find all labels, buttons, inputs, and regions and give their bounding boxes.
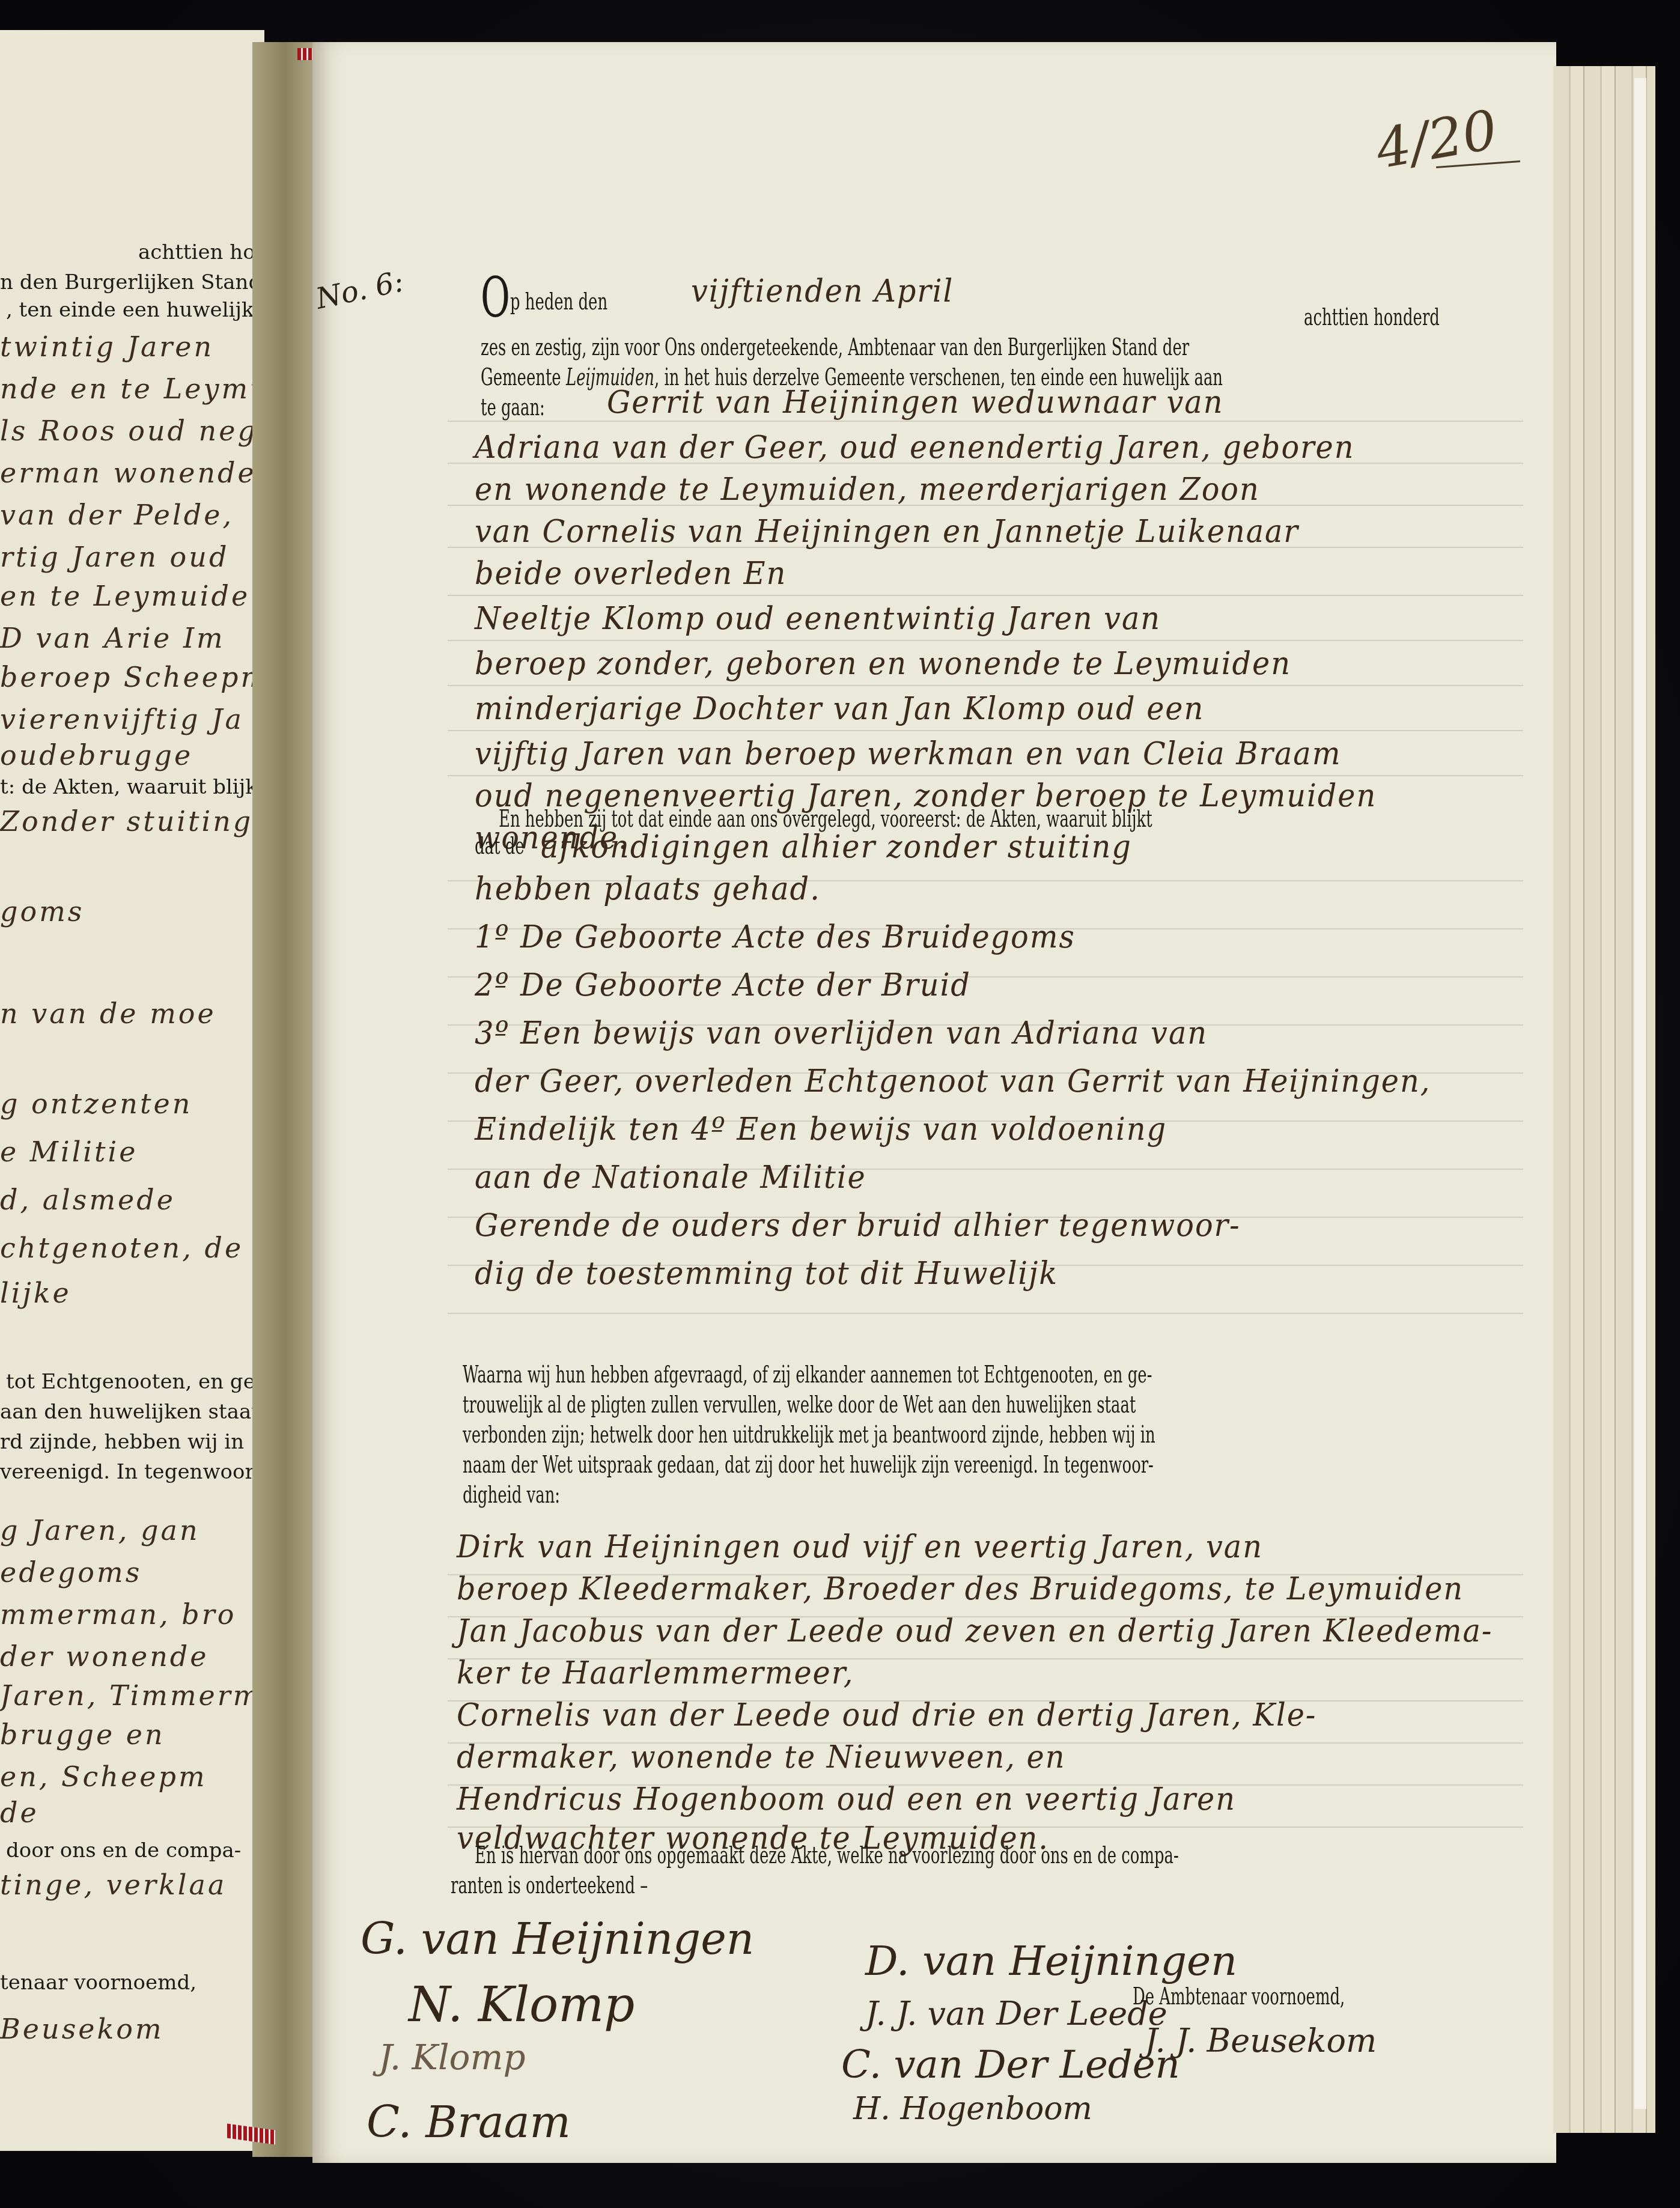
left-printed-line: tot Echtgenooten, en ge- bbox=[6, 1370, 262, 1394]
left-handwritten-line: n van de moe bbox=[0, 997, 216, 1030]
left-handwritten-line: edegoms bbox=[0, 1556, 142, 1589]
printed-text: Gemeente bbox=[481, 363, 561, 391]
signature-witness-2: J. J. van Der Leede bbox=[865, 1995, 1167, 2033]
left-printed-line: , ten einde een huwelijk aan bbox=[6, 298, 264, 322]
left-handwritten-line: en te Leymuide bbox=[0, 580, 250, 612]
witness-line: beroep Kleedermaker, Broeder des Bruideg… bbox=[457, 1571, 1464, 1607]
signature-witness-1: D. van Heijningen bbox=[865, 1938, 1237, 1985]
page-edge-highlight bbox=[1634, 78, 1646, 2109]
groom-line: Gerrit van Heijningen weduwnaar van bbox=[607, 385, 1223, 421]
left-handwritten-line: Zonder stuiting bbox=[0, 805, 253, 838]
document-item: hebben plaats gehad. bbox=[475, 871, 821, 907]
left-printed-line: door ons en de compa- bbox=[6, 1838, 241, 1863]
handwritten-akten: afkondigingen alhier zonder stuiting bbox=[541, 829, 1132, 865]
printed-line: trouwelijk al de pligten zullen vervulle… bbox=[463, 1391, 1136, 1419]
left-handwritten-line: g Jaren, gan bbox=[0, 1514, 200, 1547]
document-item: aan de Nationale Militie bbox=[475, 1160, 866, 1196]
ruled-line bbox=[448, 1313, 1523, 1314]
printed-opening-line: Op heden den bbox=[481, 270, 607, 326]
left-handwritten-line: rtig Jaren oud bbox=[0, 541, 229, 573]
left-handwritten-line: van der Pelde, bbox=[0, 499, 234, 531]
signature-groom: G. van Heijningen bbox=[361, 1914, 754, 1964]
left-handwritten-line: erman wonende bbox=[0, 457, 257, 489]
left-signature-official: Beusekom bbox=[0, 2013, 164, 2045]
signature-bride-mother: C. Braam bbox=[367, 2097, 571, 2147]
ruled-line bbox=[448, 640, 1523, 641]
left-handwritten-line: en, Scheepm bbox=[0, 1760, 207, 1793]
printed-line: dat de bbox=[475, 832, 525, 860]
printed-year-start: achttien honderd bbox=[1304, 303, 1440, 331]
left-handwritten-line: g ontzenten bbox=[0, 1087, 192, 1120]
left-handwritten-line: d, alsmede bbox=[0, 1184, 175, 1216]
left-handwritten-line: nde en te Leymuiden bbox=[0, 373, 264, 405]
left-handwritten-line: mmerman, bro bbox=[0, 1598, 237, 1631]
bride-line: Neeltje Klomp oud eenentwintig Jaren van bbox=[475, 601, 1161, 637]
document-item: der Geer, overleden Echtgenoot van Gerri… bbox=[475, 1063, 1431, 1099]
ruled-line bbox=[448, 730, 1523, 731]
left-handwritten-line: tinge, verklaa bbox=[0, 1869, 227, 1901]
printed-line: En is hiervan door ons opgemaakt deze Ak… bbox=[475, 1842, 1179, 1869]
witness-line: Dirk van Heijningen oud vijf en veertig … bbox=[457, 1529, 1263, 1565]
left-handwritten-line: vierenvijftig Ja bbox=[0, 703, 244, 735]
handwritten-date: vijftienden April bbox=[691, 273, 954, 309]
left-handwritten-line: de bbox=[0, 1796, 39, 1829]
left-printed-line: tenaar voornoemd, bbox=[0, 1971, 196, 1995]
printed-line: te gaan: bbox=[481, 394, 545, 421]
left-printed-line: achttien honderd bbox=[138, 240, 264, 264]
signature-witness-4: H. Hogenboom bbox=[853, 2091, 1092, 2127]
left-handwritten-line: ls Roos oud nege bbox=[0, 415, 264, 447]
printed-line: verbonden zijn; hetwelk door hen uitdruk… bbox=[463, 1421, 1155, 1449]
left-handwritten-line: D van Arie Im bbox=[0, 622, 225, 654]
left-handwritten-line: brugge en bbox=[0, 1718, 165, 1751]
left-handwritten-line: oudebrugge bbox=[0, 739, 193, 771]
left-handwritten-line: beroep Scheepm bbox=[0, 661, 264, 693]
printed-text: p heden den bbox=[510, 288, 607, 315]
left-page: achttien honderd n den Burgerlijken Stan… bbox=[0, 30, 264, 2151]
groom-line: van Cornelis van Heijningen en Jannetje … bbox=[475, 514, 1299, 550]
left-handwritten-line: e Militie bbox=[0, 1136, 138, 1168]
groom-line: en wonende te Leymuiden, meerderjarigen … bbox=[475, 472, 1260, 508]
document-item: 1º De Geboorte Acte des Bruidegoms bbox=[475, 919, 1076, 955]
groom-line: Adriana van der Geer, oud eenendertig Ja… bbox=[475, 430, 1354, 466]
left-printed-line: t: de Akten, waaruit blijkt bbox=[0, 775, 264, 799]
signature-bride: N. Klomp bbox=[409, 1977, 635, 2033]
left-handwritten-line: goms bbox=[0, 895, 84, 928]
witness-line: Cornelis van der Leede oud drie en derti… bbox=[457, 1697, 1316, 1733]
printed-line: naam der Wet uitspraak gedaan, dat zij d… bbox=[463, 1451, 1154, 1479]
ruled-line bbox=[448, 595, 1523, 596]
left-handwritten-line: twintig Jaren bbox=[0, 330, 214, 363]
document-item: Eindelijk ten 4º Een bewijs van voldoeni… bbox=[475, 1112, 1167, 1148]
witness-line: dermaker, wonende te Nieuwveen, en bbox=[457, 1739, 1065, 1775]
ruled-line bbox=[448, 421, 1523, 422]
document-item: Gerende de ouders der bruid alhier tegen… bbox=[475, 1208, 1241, 1244]
document-item: 3º Een bewijs van overlijden van Adriana… bbox=[475, 1015, 1208, 1051]
bride-line: minderjarige Dochter van Jan Klomp oud e… bbox=[475, 691, 1204, 727]
printed-line: Waarna wij hun hebben afgevraagd, of zij… bbox=[463, 1361, 1152, 1388]
printed-line: ranten is onderteekend – bbox=[451, 1872, 648, 1899]
left-handwritten-line: lijke bbox=[0, 1277, 72, 1309]
printed-line: digheid van: bbox=[463, 1481, 560, 1509]
document-item: dig de toestemming tot dit Huwelijk bbox=[475, 1256, 1058, 1292]
document-item: 2º De Geboorte Acte der Bruid bbox=[475, 967, 971, 1003]
left-printed-line: vereenigd. In tegenwoor- bbox=[0, 1460, 261, 1484]
bride-line: beroep zonder, geboren en wonende te Ley… bbox=[475, 646, 1291, 682]
ruled-line bbox=[448, 685, 1523, 686]
left-printed-line: n den Burgerlijken Stand der bbox=[0, 270, 264, 294]
witness-line: ker te Haarlemmermeer, bbox=[457, 1655, 854, 1691]
witness-line: Jan Jacobus van der Leede oud zeven en d… bbox=[457, 1613, 1493, 1649]
printed-line: zes en zestig, zijn voor Ons ondergeteek… bbox=[481, 333, 1189, 361]
left-handwritten-line: der wonende bbox=[0, 1640, 209, 1673]
bride-line: vijftig Jaren van beroep werkman en van … bbox=[475, 736, 1341, 772]
left-handwritten-line: chtgenoten, de bbox=[0, 1232, 243, 1264]
left-handwritten-line: Jaren, Timmerma bbox=[0, 1679, 264, 1712]
groom-line: beide overleden En bbox=[475, 556, 787, 592]
left-printed-line: aan den huwelijken staat bbox=[0, 1400, 260, 1424]
signature-witness-3: C. van Der Leden bbox=[841, 2043, 1180, 2087]
official-label: De Ambtenaar voornoemd, bbox=[1133, 1983, 1345, 2010]
signature-official: J. J. Beusekom bbox=[1145, 2022, 1377, 2060]
witness-line: Hendricus Hogenboom oud een en veertig J… bbox=[457, 1781, 1236, 1817]
left-printed-line: rd zijnde, hebben wij in bbox=[0, 1430, 244, 1454]
drop-cap: O bbox=[481, 266, 510, 330]
ruled-line bbox=[448, 775, 1523, 776]
signature-bride-father: J. Klomp bbox=[379, 2037, 526, 2078]
